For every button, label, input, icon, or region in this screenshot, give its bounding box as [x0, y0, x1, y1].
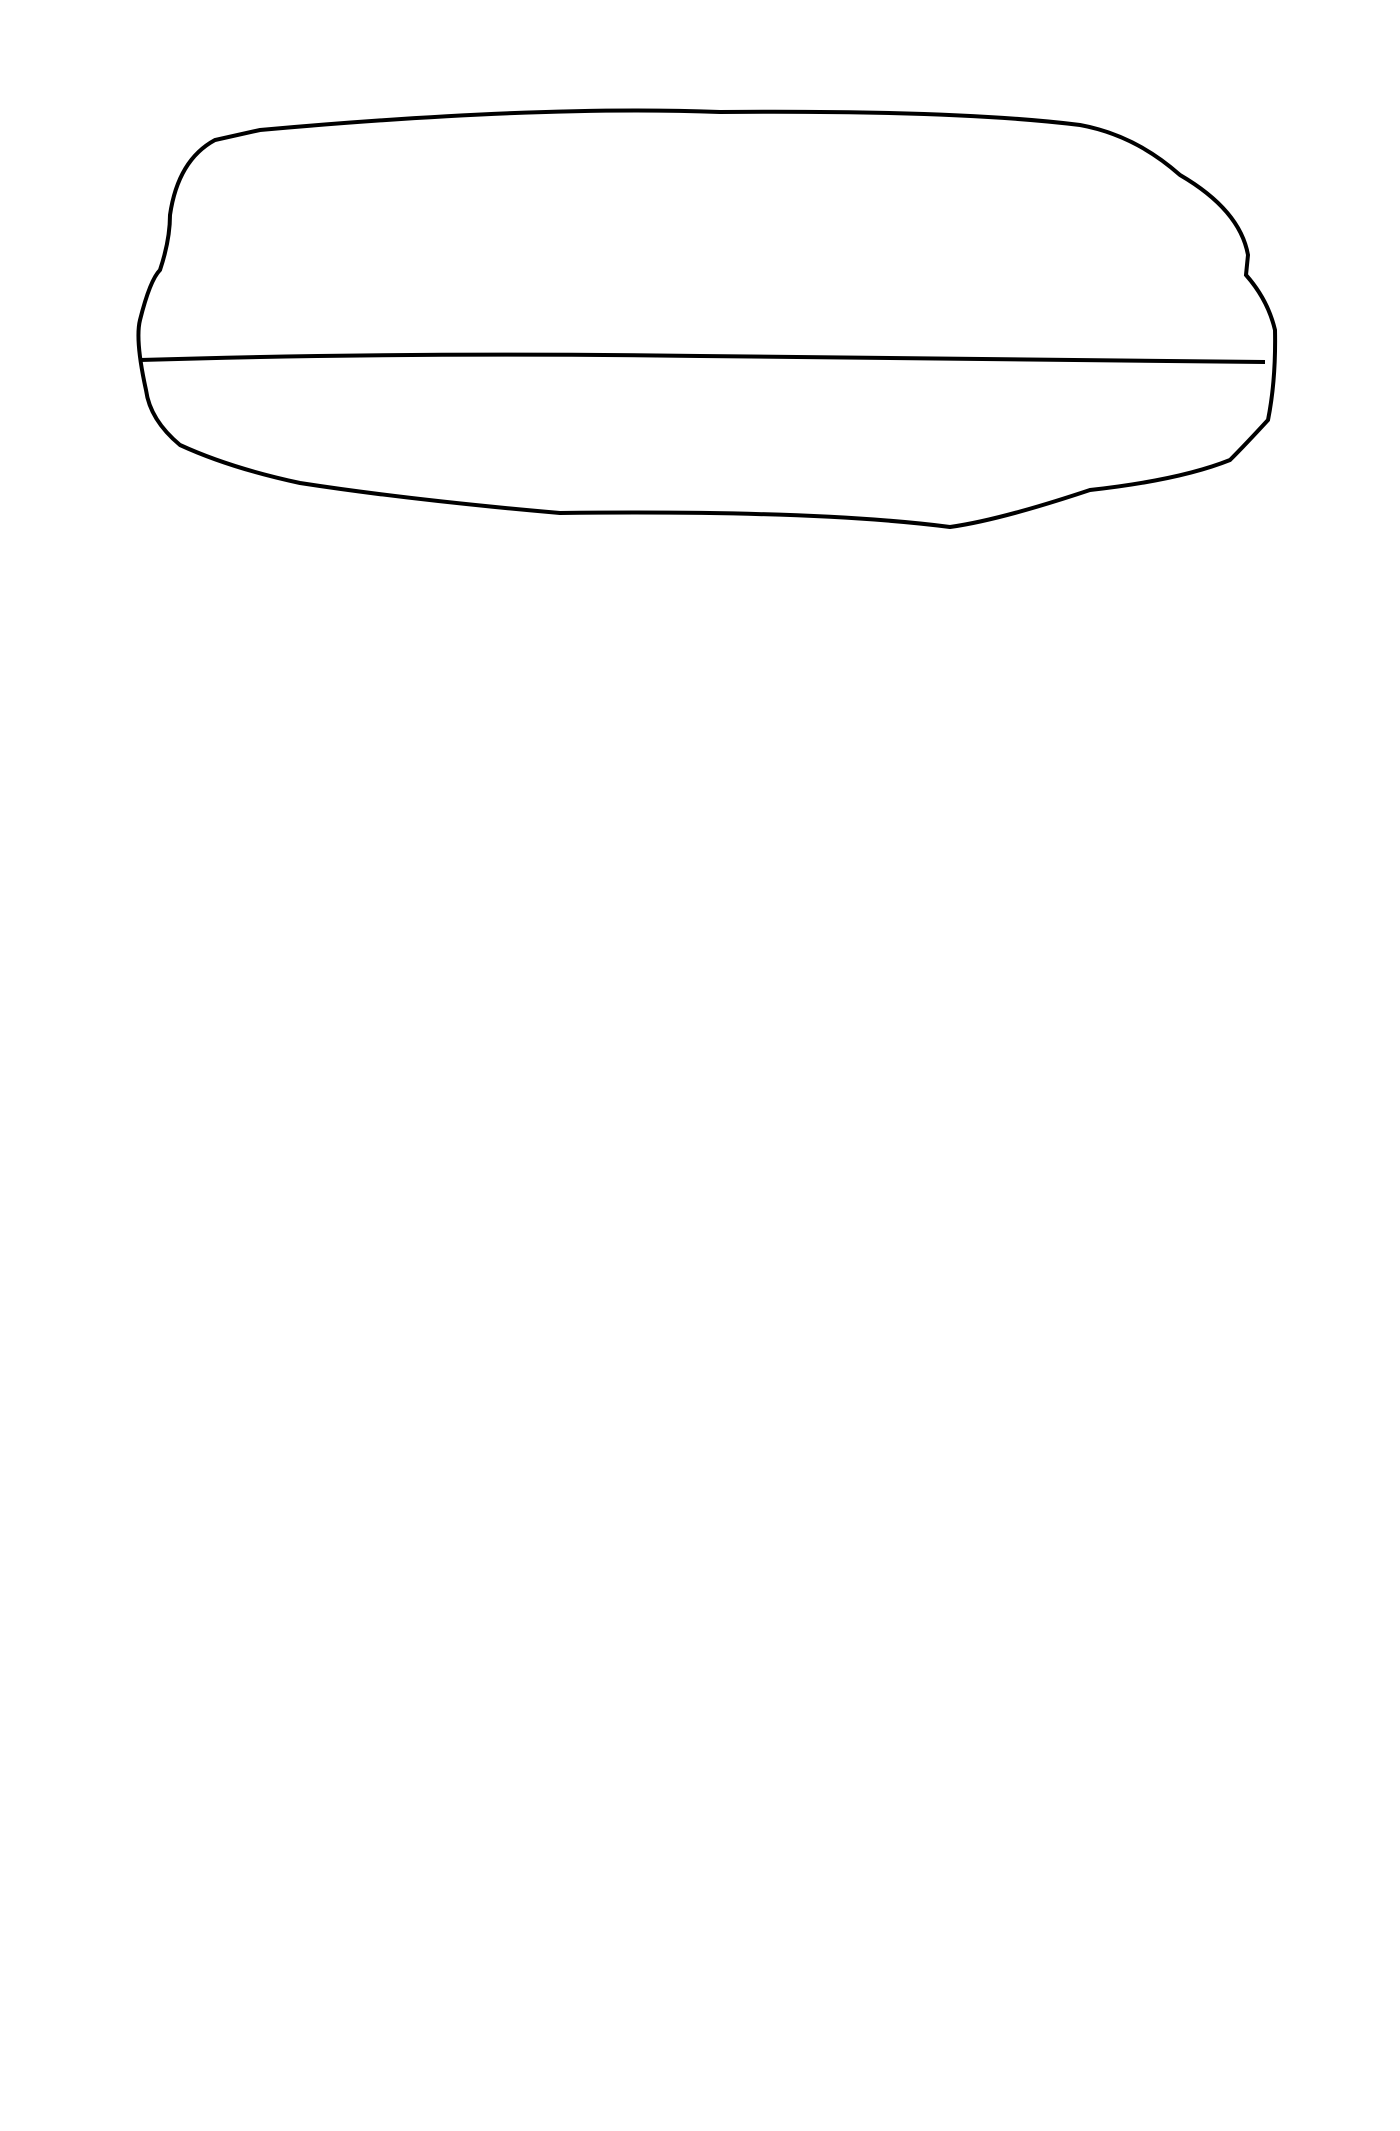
paragraph-gap — [122, 571, 697, 602]
left-column — [122, 540, 697, 602]
tablet-divider-line — [140, 355, 1265, 362]
website-link[interactable] — [122, 540, 697, 571]
page-title — [215, 150, 761, 350]
